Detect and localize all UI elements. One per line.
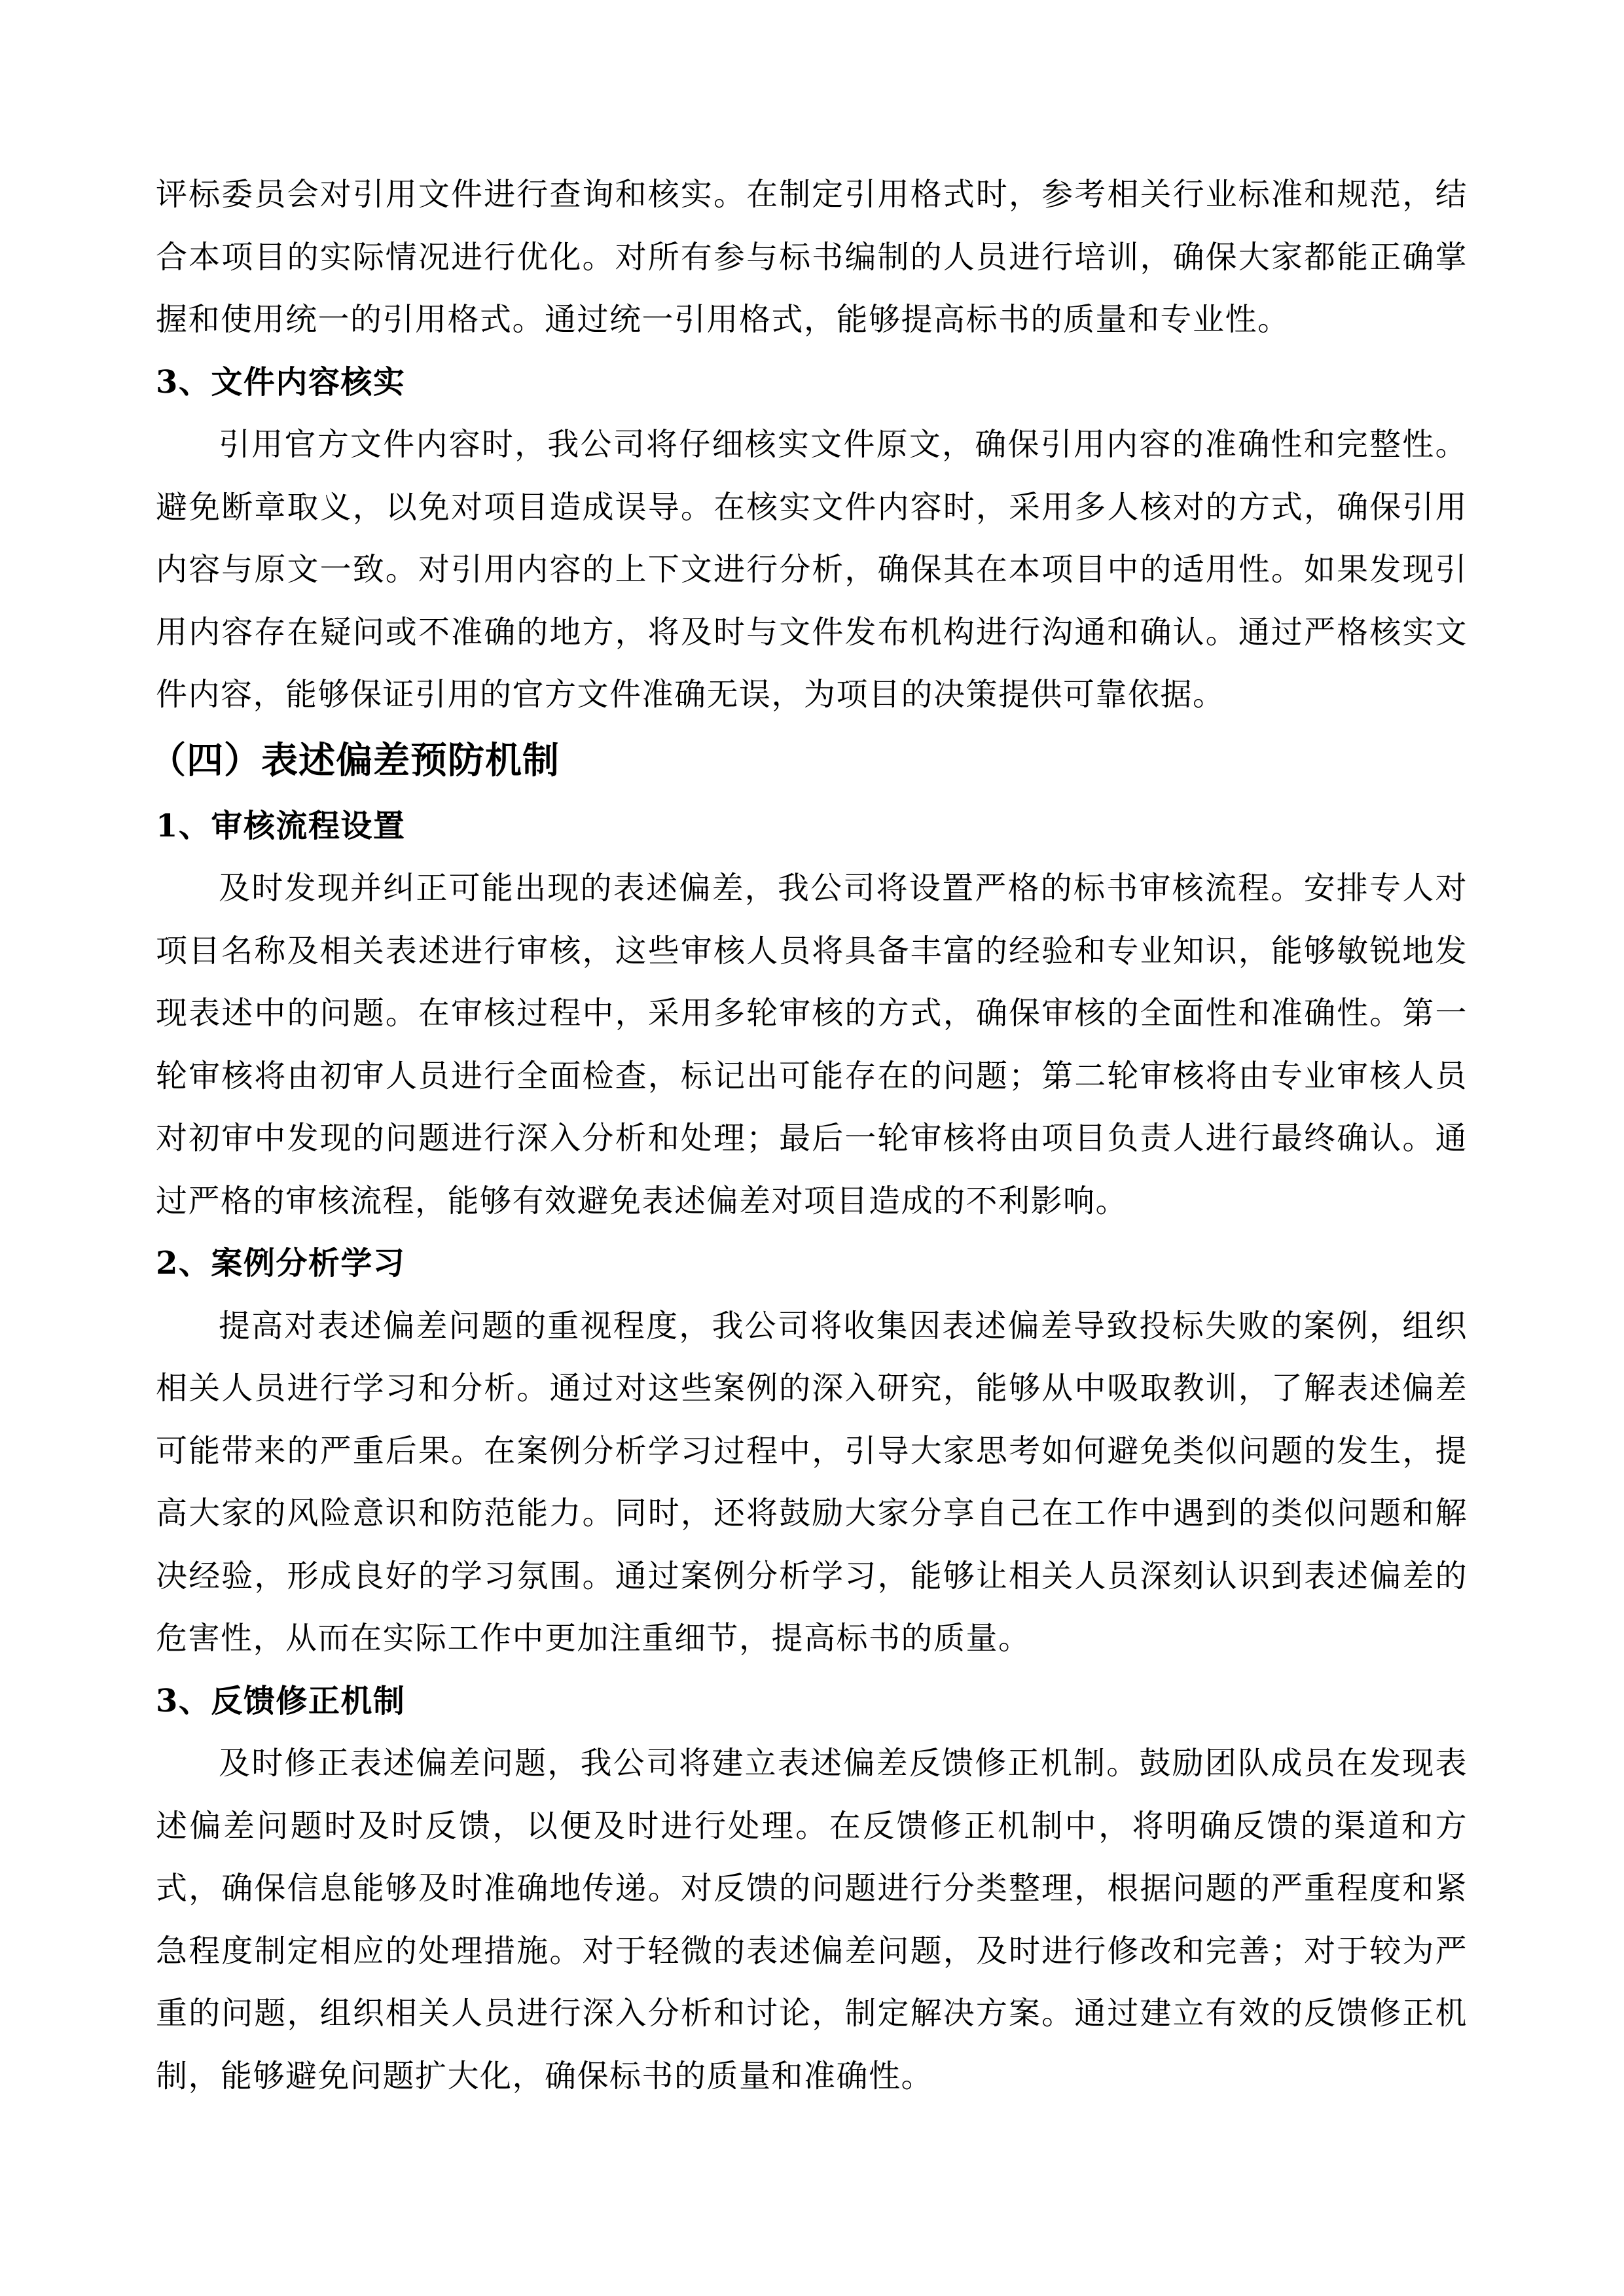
paragraph-citation-format-continued: 评标委员会对引用文件进行查询和核实。在制定引用格式时，参考相关行业标准和规范，结…: [156, 164, 1468, 351]
paragraph-document-content-verification: 引用官方文件内容时，我公司将仔细核实文件原文，确保引用内容的准确性和完整性。避免…: [156, 414, 1468, 726]
section-heading-deviation-prevention: （四）表述偏差预防机制: [149, 726, 1468, 795]
subheading-feedback-correction: 3、反馈修正机制: [156, 1670, 1468, 1733]
paragraph-feedback-correction: 及时修正表述偏差问题，我公司将建立表述偏差反馈修正机制。鼓励团队成员在发现表述偏…: [156, 1732, 1468, 2108]
paragraph-case-study: 提高对表述偏差问题的重视程度，我公司将收集因表述偏差导致投标失败的案例，组织相关…: [156, 1295, 1468, 1670]
subheading-review-process: 1、审核流程设置: [156, 795, 1468, 858]
subheading-document-content-verification: 3、文件内容核实: [156, 351, 1468, 414]
paragraph-review-process: 及时发现并纠正可能出现的表述偏差，我公司将设置严格的标书审核流程。安排专人对项目…: [156, 857, 1468, 1232]
document-page: 评标委员会对引用文件进行查询和核实。在制定引用格式时，参考相关行业标准和规范，结…: [156, 164, 1468, 2108]
subheading-case-study: 2、案例分析学习: [156, 1232, 1468, 1295]
